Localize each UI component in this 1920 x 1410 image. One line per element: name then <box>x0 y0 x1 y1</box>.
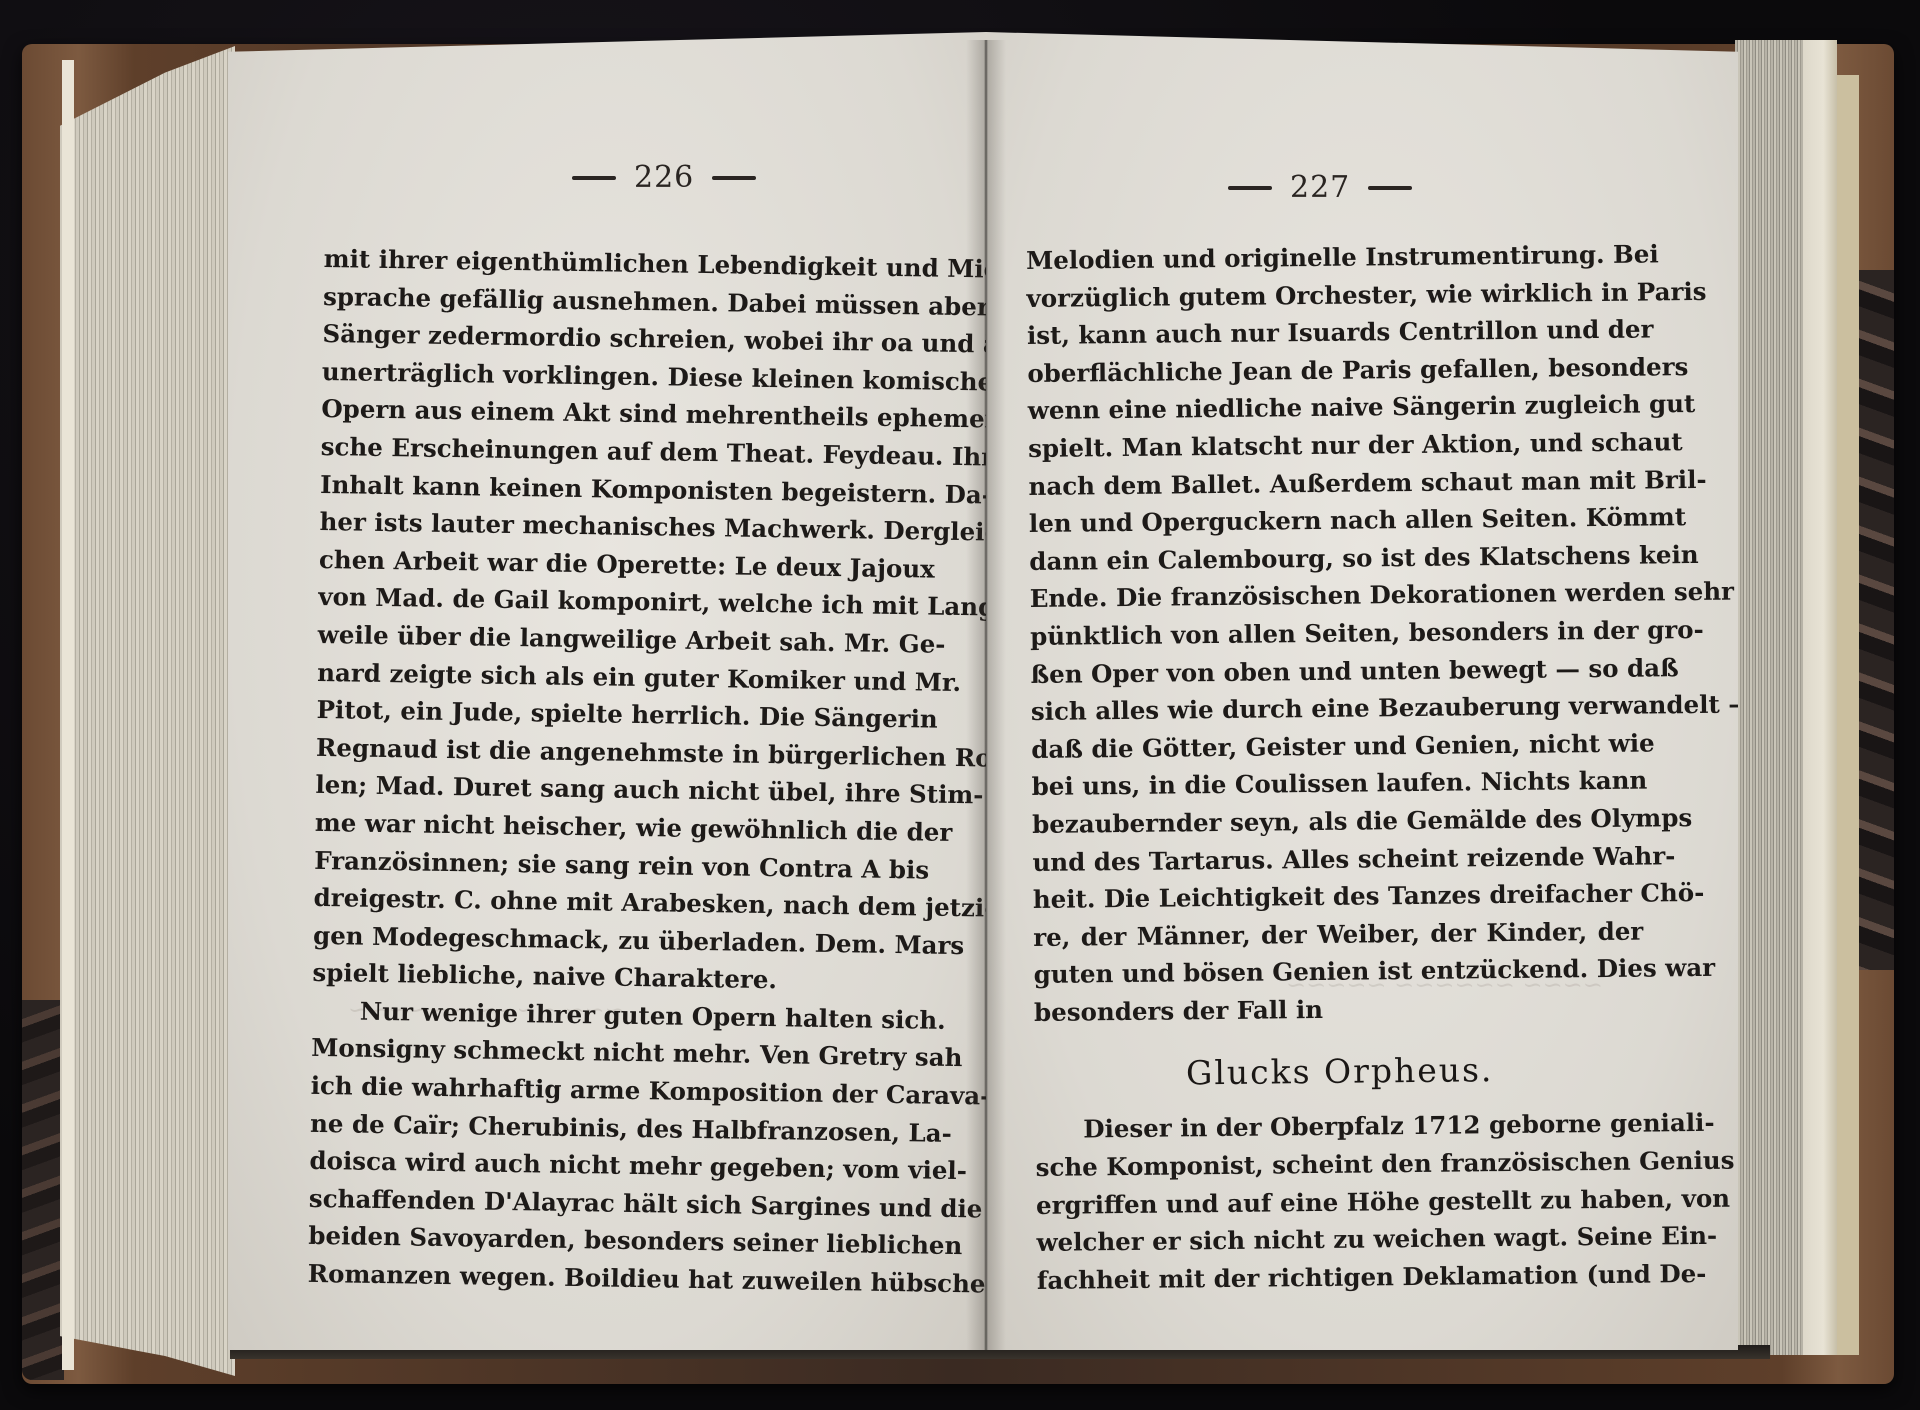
endpaper-right <box>1837 75 1859 1355</box>
text-line: re, der Männer, der Weiber, der Kinder, … <box>1033 912 1643 956</box>
flyleaf-left <box>62 60 74 1370</box>
text-line: dann ein Calembourg, so ist des Klatsche… <box>1029 536 1639 580</box>
book-gutter <box>966 40 1006 1350</box>
page-number-text: 227 <box>1290 170 1350 205</box>
text-line: sich alles wie durch eine Bezauberung ve… <box>1031 687 1641 731</box>
marbled-board-left <box>22 1000 64 1380</box>
text-line: und des Tartarus. Alles scheint reizende… <box>1032 837 1642 881</box>
text-line: besonders der Fall in <box>1034 987 1644 1031</box>
text-line: guten und bösen Genien ist entzückend. D… <box>1033 950 1643 994</box>
right-page-body: Melodien und originelle Instrumentirung.… <box>1026 236 1647 1300</box>
text-line: welcher er sich nicht zu weichen wagt. S… <box>1036 1218 1646 1262</box>
text-line: ergriffen und auf eine Höhe gestellt zu … <box>1036 1180 1646 1224</box>
text-line: vorzüglich gutem Orchester, wie wirklich… <box>1026 273 1636 317</box>
text-line: sche Komponist, scheint den französische… <box>1035 1143 1645 1187</box>
text-line-paragraph-start: Dieser in der Oberpfalz 1712 geborne gen… <box>1035 1105 1645 1149</box>
text-line: bei uns, in die Coulissen laufen. Nichts… <box>1032 762 1642 806</box>
page-number-right: 227 <box>1228 170 1412 205</box>
text-line: oberflächliche Jean de Paris gefallen, b… <box>1027 348 1637 392</box>
text-line: Melodien und originelle Instrumentirung.… <box>1026 236 1636 280</box>
right-page: ~~~~ ~~~~~~ ~~~~~ 227 Melodien und origi… <box>986 32 1738 1350</box>
text-line: ßen Oper von oben und unten bewegt — so … <box>1030 649 1640 693</box>
dash-ornament <box>1368 186 1412 190</box>
dash-ornament <box>1228 186 1272 190</box>
text-line: fachheit mit der richtigen Deklamation (… <box>1037 1255 1647 1299</box>
text-line: Romanzen wegen. Boildieu hat zuweilen hü… <box>307 1255 908 1302</box>
text-line: daß die Götter, Geister und Genien, nich… <box>1031 724 1641 768</box>
text-line: bezaubernder seyn, als die Gemälde des O… <box>1032 799 1642 843</box>
page-stack-left <box>60 46 235 1376</box>
flyleaf-right <box>1803 40 1837 1355</box>
text-line: nach dem Ballet. Außerdem schaut man mit… <box>1028 461 1638 505</box>
text-line: wenn eine niedliche naive Sängerin zugle… <box>1028 386 1638 430</box>
text-line: heit. Die Leichtigkeit des Tanzes dreifa… <box>1033 875 1643 919</box>
text-line: Ende. Die französischen Dekorationen wer… <box>1030 574 1640 618</box>
left-page-body: mit ihrer eigenthümlichen Lebendigkeit u… <box>307 240 923 1302</box>
text-line: len und Operguckern nach allen Seiten. K… <box>1029 499 1639 543</box>
text-line: pünktlich von allen Seiten, besonders in… <box>1030 612 1640 656</box>
page-number-text: 226 <box>634 160 694 195</box>
text-line: ist, kann auch nur Isuards Centrillon un… <box>1027 311 1637 355</box>
dash-ornament <box>712 176 756 180</box>
left-page: ~~~ ~~~~ ~~~~~~ 226 mit ihrer eigenthüml… <box>228 32 986 1350</box>
text-line: spielt. Man klatscht nur der Aktion, und… <box>1028 424 1638 468</box>
page-number-left: 226 <box>572 160 756 195</box>
dash-ornament <box>572 176 616 180</box>
section-heading: Glucks Orpheus. <box>1034 1033 1645 1111</box>
